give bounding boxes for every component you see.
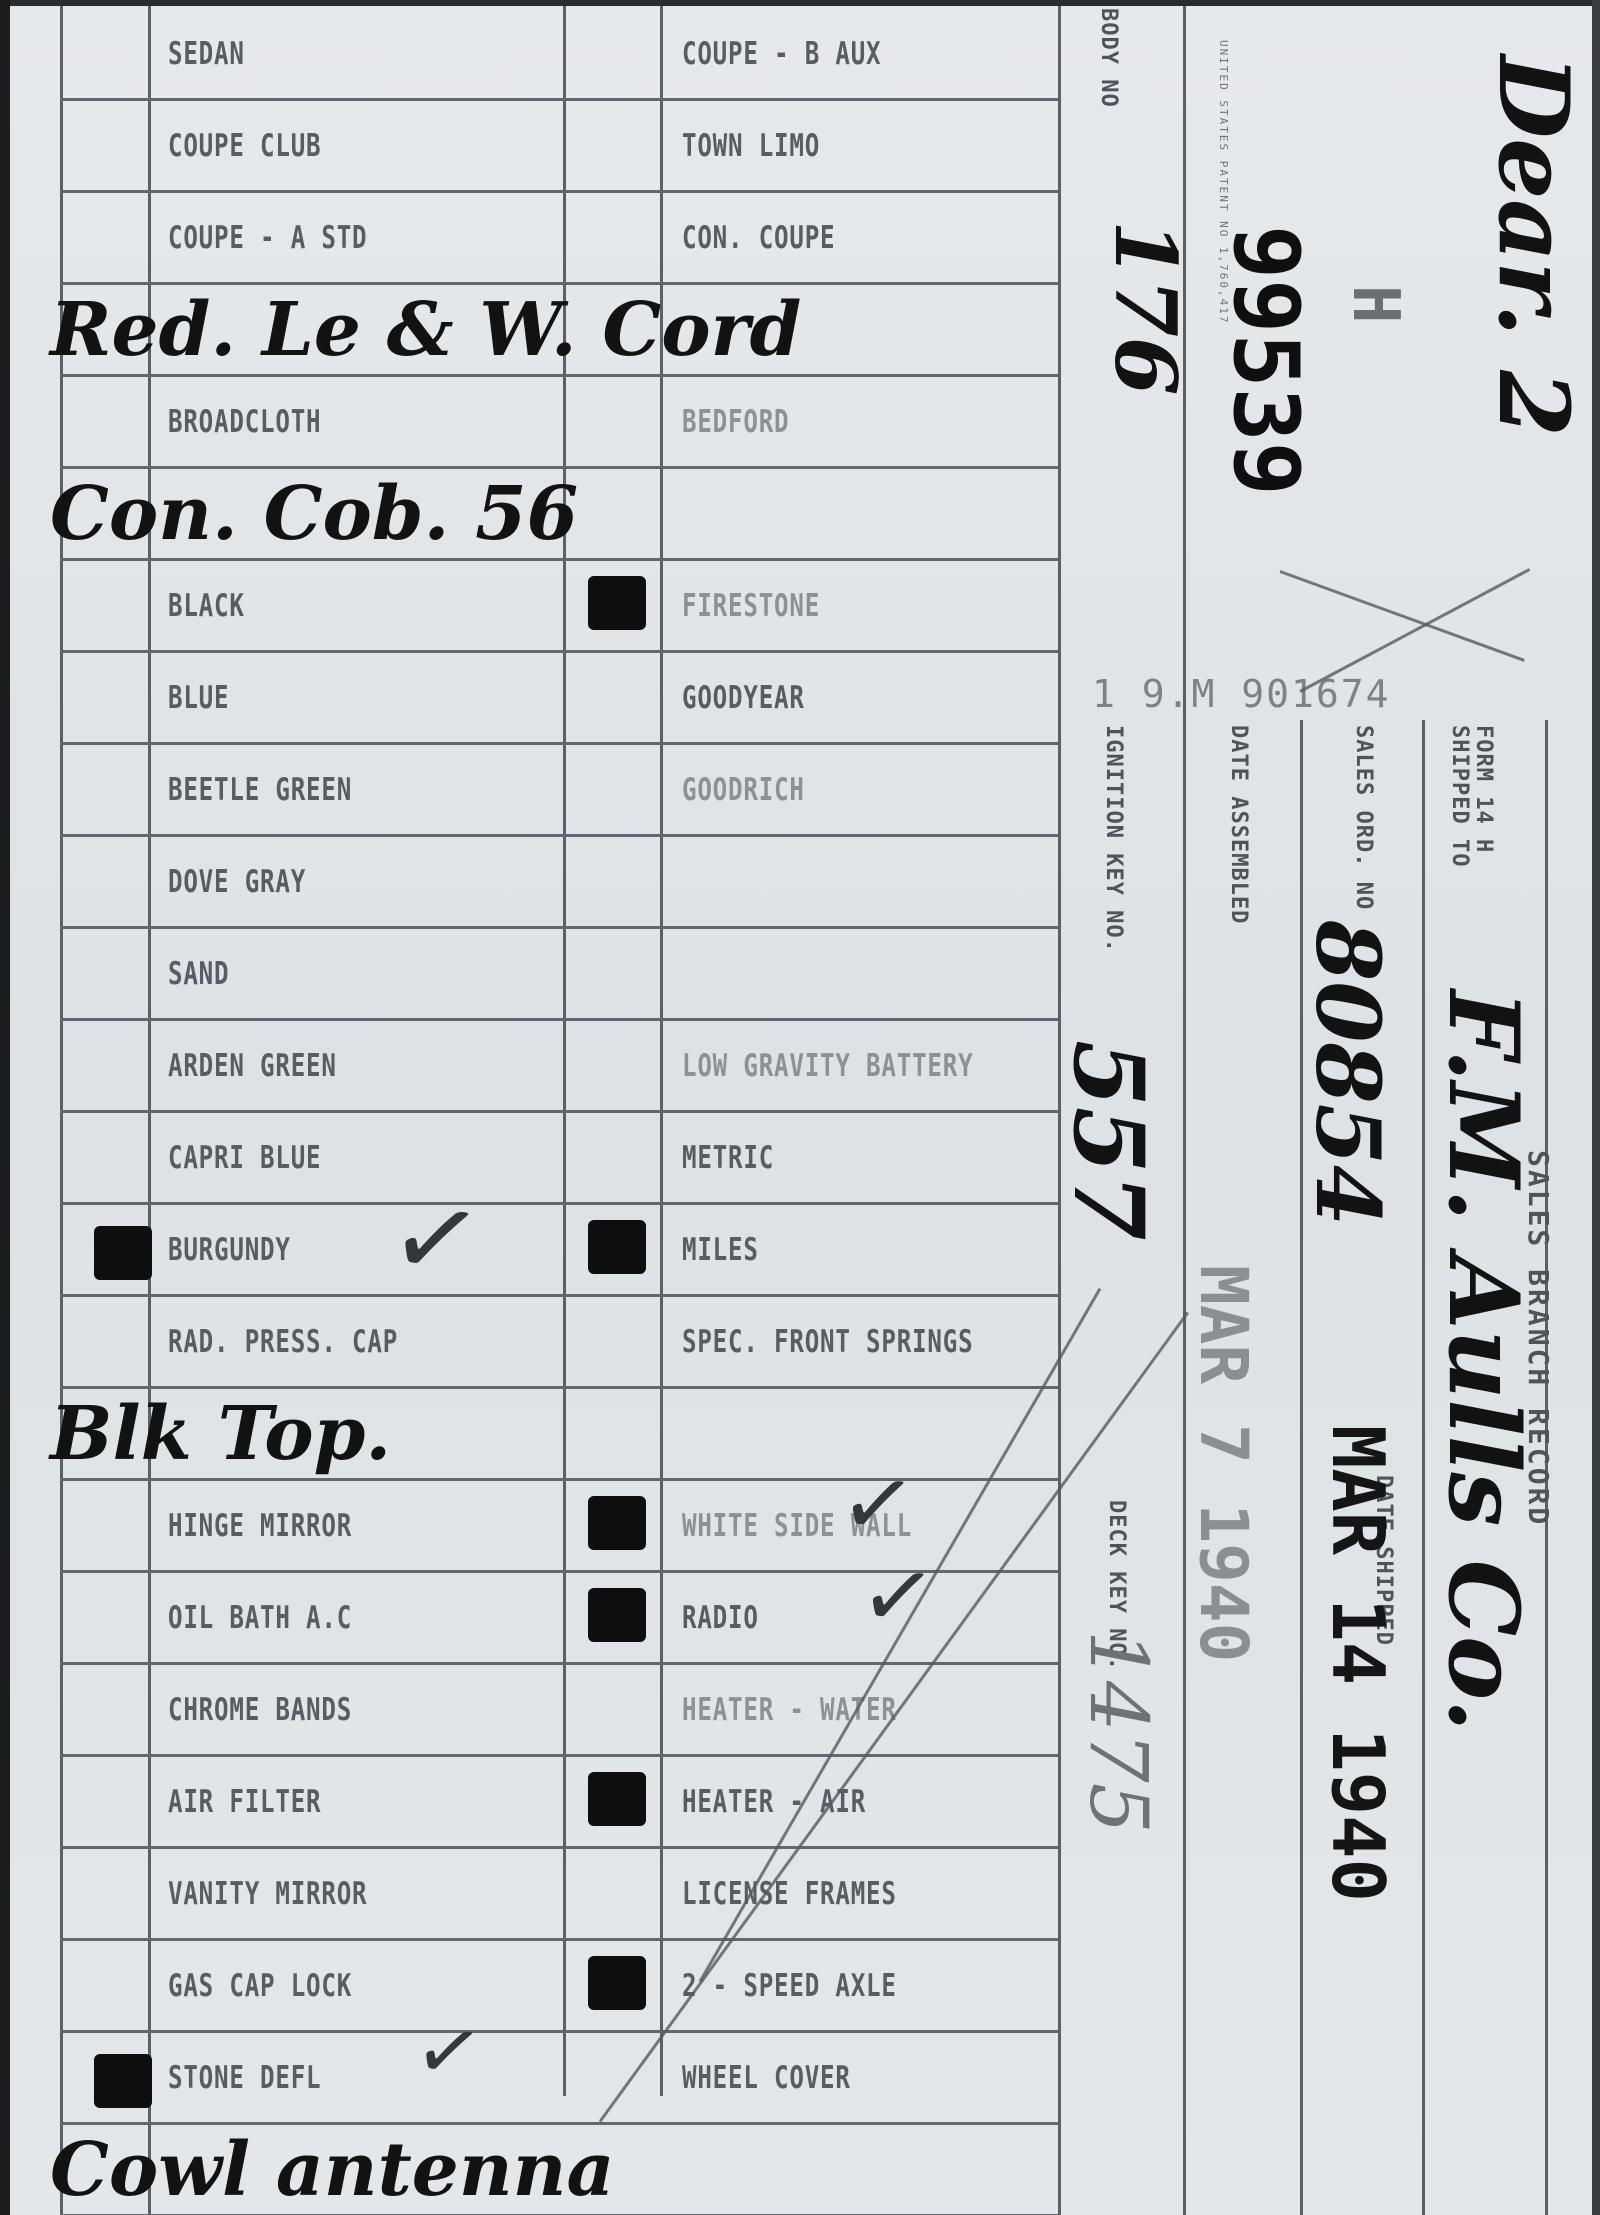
punch-mark-right [588, 1496, 646, 1550]
option-label-right: 2 - SPEED AXLE [682, 1968, 897, 2004]
punch-mark-right [588, 1772, 646, 1826]
card-top-edge [0, 0, 1600, 6]
form-number-and-shipped-to-label: FORM 14 H SHIPPED TO [1447, 725, 1495, 867]
option-label-left: GAS CAP LOCK [168, 1968, 352, 2004]
punch-mark-left [94, 2054, 152, 2108]
table-row: BEETLE GREENGOODRICH [60, 744, 1058, 836]
table-row: BROADCLOTHBEDFORD [60, 376, 1058, 468]
date-shipped-value: MAR 14 1940 [1316, 1425, 1400, 1902]
series-stamp: H [1338, 285, 1412, 324]
handwritten-note: Cowl antenna [50, 2124, 614, 2215]
table-row: CHROME BANDSHEATER - WATER [60, 1664, 1058, 1756]
option-label-left: BLUE [168, 680, 229, 716]
option-label-left: RAD. PRESS. CAP [168, 1324, 398, 1360]
table-row: BLACKFIRESTONE [60, 560, 1058, 652]
date-assembled-value: MAR 7 1940 [1185, 1265, 1262, 1662]
body-no-label: BODY NO [1096, 8, 1120, 108]
option-label-right: TOWN LIMO [682, 128, 820, 164]
option-label-right: COUPE - B AUX [682, 36, 881, 72]
table-row: VANITY MIRRORLICENSE FRAMES [60, 1848, 1058, 1940]
handwritten-row: Red. Le & W. Cord [60, 284, 1058, 376]
table-row: AIR FILTERHEATER - AIR [60, 1756, 1058, 1848]
option-label-right: GOODRICH [682, 772, 805, 808]
option-label-right: WHEEL COVER [682, 2060, 851, 2096]
handwritten-note: Blk Top. [50, 1388, 391, 1480]
table-row: CAPRI BLUEMETRIC [60, 1112, 1058, 1204]
option-label-right: METRIC [682, 1140, 774, 1176]
table-row: RAD. PRESS. CAPSPEC. FRONT SPRINGS [60, 1296, 1058, 1388]
card-left-edge [0, 0, 10, 2215]
header-rule-sales-ord [1422, 720, 1425, 2215]
option-label-left: COUPE - A STD [168, 220, 367, 256]
sales-branch-record-card: SEDANCOUPE - B AUXCOUPE CLUBTOWN LIMOCOU… [0, 0, 1600, 2215]
pencil-cross-stroke [1299, 568, 1530, 693]
option-label-left: BEETLE GREEN [168, 772, 352, 808]
date-assembled-label: DATE ASSEMBLED [1226, 725, 1250, 924]
option-label-left: SAND [168, 956, 229, 992]
table-row: GAS CAP LOCK2 - SPEED AXLE [60, 1940, 1058, 2032]
option-label-right: RADIO [682, 1600, 759, 1636]
sales-ord-value: 80854 [1296, 920, 1400, 1226]
option-label-left: AIR FILTER [168, 1784, 321, 1820]
punch-mark-right [588, 1220, 646, 1274]
option-label-left: ARDEN GREEN [168, 1048, 337, 1084]
option-label-right: CON. COUPE [682, 220, 835, 256]
table-row: SAND [60, 928, 1058, 1020]
table-row: COUPE - A STDCON. COUPE [60, 192, 1058, 284]
card-right-edge [1592, 0, 1600, 2215]
deck-key-value: 1475 [1072, 1630, 1165, 1834]
table-row: BURGUNDYMILES [60, 1204, 1058, 1296]
option-label-right: FIRESTONE [682, 588, 820, 624]
checkmark-white-side-wall-icon: ✓ [834, 1455, 921, 1555]
handwritten-note: Con. Cob. 56 [50, 468, 578, 560]
option-label-right: GOODYEAR [682, 680, 805, 716]
serial-printed: 1 9.M 901674 [1092, 672, 1391, 716]
table-row: COUPE CLUBTOWN LIMO [60, 100, 1058, 192]
option-label-right: MILES [682, 1232, 759, 1268]
table-row: ARDEN GREENLOW GRAVITY BATTERY [60, 1020, 1058, 1112]
body-no-value: 176 [1096, 220, 1195, 395]
option-label-right: LICENSE FRAMES [682, 1876, 897, 1912]
option-label-left: BROADCLOTH [168, 404, 321, 440]
option-label-left: BLACK [168, 588, 245, 624]
option-label-left: CHROME BANDS [168, 1692, 352, 1728]
table-row: DOVE GRAY [60, 836, 1058, 928]
punch-mark-left [94, 1226, 152, 1280]
table-row: BLUEGOODYEAR [60, 652, 1058, 744]
option-label-left: BURGUNDY [168, 1232, 291, 1268]
option-label-right: LOW GRAVITY BATTERY [682, 1048, 973, 1084]
checkmark-burgundy-icon: ✓ [381, 1177, 491, 1301]
punch-mark-right [588, 576, 646, 630]
ignition-key-value: 557 [1052, 1040, 1165, 1240]
option-label-right: SPEC. FRONT SPRINGS [682, 1324, 973, 1360]
form-number: FORM 14 H [1471, 725, 1496, 853]
form-title: SALES BRANCH RECORD [1522, 1150, 1555, 1527]
punch-mark-right [588, 1588, 646, 1642]
pencil-cross-stroke [1279, 570, 1524, 662]
table-row: STONE DEFLWHEEL COVER [60, 2032, 1058, 2124]
option-label-left: COUPE CLUB [168, 128, 321, 164]
sales-ord-label: SALES ORD. NO [1351, 725, 1375, 910]
option-label-left: OIL BATH A.C [168, 1600, 352, 1636]
table-row: SEDANCOUPE - B AUX [60, 8, 1058, 100]
handwritten-note: Red. Le & W. Cord [50, 284, 801, 376]
option-label-right: BEDFORD [682, 404, 789, 440]
serial-number: 901674 [1241, 672, 1390, 716]
option-label-left: DOVE GRAY [168, 864, 306, 900]
option-label-left: HINGE MIRROR [168, 1508, 352, 1544]
option-label-left: CAPRI BLUE [168, 1140, 321, 1176]
punch-mark-right [588, 1956, 646, 2010]
shipped-to-label: SHIPPED TO [1447, 725, 1472, 867]
option-label-left: STONE DEFL [168, 2060, 321, 2096]
serial-prefix: 1 9.M [1092, 672, 1216, 716]
car-number: 99539 [1213, 225, 1318, 496]
dealer-handwritten: Dear. 2 [1477, 55, 1590, 437]
handwritten-row: Con. Cob. 56 [60, 468, 1058, 560]
checkmark-stone-defl-icon: ✓ [409, 2007, 489, 2097]
option-label-left: SEDAN [168, 36, 245, 72]
option-label-left: VANITY MIRROR [168, 1876, 367, 1912]
handwritten-row: Cowl antenna [60, 2124, 1058, 2215]
checkmark-radio-icon: ✓ [854, 1547, 941, 1647]
ignition-key-label: IGNITION KEY NO. [1101, 725, 1125, 953]
